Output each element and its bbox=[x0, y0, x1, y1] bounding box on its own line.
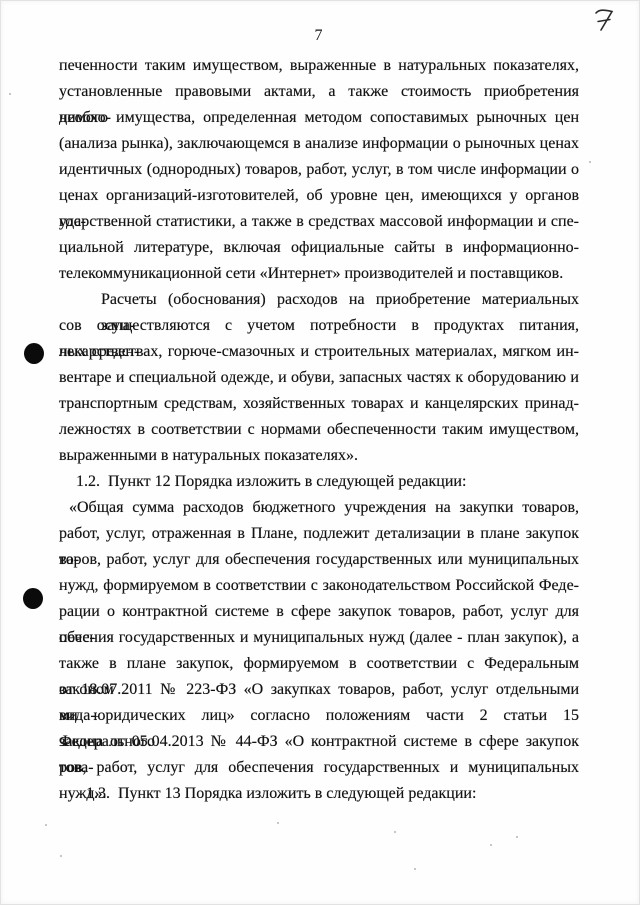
text-line: сов осуществляются с учетом потребности … bbox=[59, 313, 579, 339]
text-line: «Общая сумма расходов бюджетного учрежде… bbox=[59, 495, 579, 521]
text-line: (анализа рынка), заключающемся в анализе… bbox=[59, 131, 579, 157]
text-line: работ, услуг, отраженная в Плане, подлеж… bbox=[59, 521, 579, 547]
text-line: печенности таким имуществом, выраженные … bbox=[59, 53, 579, 79]
scan-speck bbox=[516, 836, 518, 838]
paragraph: «Общая сумма расходов бюджетного учрежде… bbox=[59, 495, 579, 781]
text-line: Расчеты (обоснования) расходов на приобр… bbox=[59, 287, 579, 313]
text-line: нужд, формируемом в соответствии с закон… bbox=[59, 573, 579, 599]
scan-speck bbox=[490, 844, 492, 846]
hole-punch-mark bbox=[23, 588, 43, 609]
scanned-document-page: 7 печенности таким имуществом, выраженны… bbox=[0, 0, 640, 905]
scan-speck bbox=[60, 855, 62, 857]
text-line: варов, работ, услуг для обеспечения госу… bbox=[59, 547, 579, 573]
text-line: ми юридических лиц» согласно положениям … bbox=[59, 703, 579, 729]
paragraph: 1.2. Пункт 12 Порядка изложить в следующ… bbox=[59, 469, 579, 495]
scan-speck bbox=[414, 868, 416, 870]
paragraph: печенности таким имуществом, выраженные … bbox=[59, 53, 579, 287]
paragraph: Расчеты (обоснования) расходов на приобр… bbox=[59, 287, 579, 469]
hole-punch-mark bbox=[24, 343, 44, 364]
handwritten-page-number bbox=[593, 6, 617, 32]
scan-speck bbox=[45, 824, 47, 826]
text-line: закона от 05.04.2013 № 44-ФЗ «О контракт… bbox=[59, 729, 579, 755]
text-line: идентичных (однородных) товаров, работ, … bbox=[59, 157, 579, 183]
scan-speck bbox=[589, 161, 591, 163]
text-line: 1.2. Пункт 12 Порядка изложить в следующ… bbox=[59, 469, 579, 495]
text-line: транспортным средствам, хозяйственных то… bbox=[59, 391, 579, 417]
page-number: 7 bbox=[59, 27, 579, 45]
text-line: ударственной статистики, а также в средс… bbox=[59, 209, 579, 235]
text-line: от 18.07.2011 № 223-ФЗ «О закупках товар… bbox=[59, 677, 579, 703]
text-line: телекоммуникационной сети «Интернет» про… bbox=[59, 261, 579, 287]
text-line: ных средствах, горюче-смазочных и строит… bbox=[59, 339, 579, 365]
text-line: лежностях в соответствии с нормами обесп… bbox=[59, 417, 579, 443]
text-line: также в плане закупок, формируемом в соо… bbox=[59, 651, 579, 677]
text-line: циальной литературе, включая официальные… bbox=[59, 235, 579, 261]
text-line: ценах организаций-изготовителей, об уров… bbox=[59, 183, 579, 209]
scan-speck bbox=[394, 831, 396, 833]
scan-speck bbox=[9, 93, 11, 95]
document-text: печенности таким имуществом, выраженные … bbox=[59, 53, 579, 807]
text-line: установленные правовыми актами, а также … bbox=[59, 79, 579, 105]
text-line: ров, работ, услуг для обеспечения госуда… bbox=[59, 755, 579, 781]
text-line: выраженными в натуральных показателях». bbox=[59, 443, 579, 469]
paragraph: 1.3. Пункт 13 Порядка изложить в следующ… bbox=[59, 781, 579, 807]
text-line: 1.3. Пункт 13 Порядка изложить в следующ… bbox=[59, 781, 579, 807]
text-line: рации о контрактной системе в сфере заку… bbox=[59, 599, 579, 625]
scan-speck bbox=[277, 822, 279, 824]
text-line: димого имущества, определенная методом с… bbox=[59, 105, 579, 131]
text-line: вентаре и специальной одежде, и обуви, з… bbox=[59, 365, 579, 391]
text-line: печения государственных и муниципальных … bbox=[59, 625, 579, 651]
